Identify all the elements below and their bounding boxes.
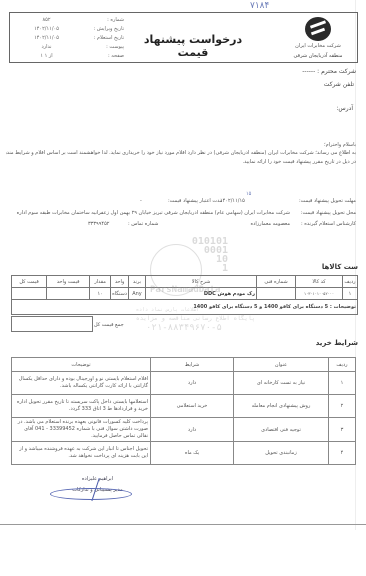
- validity-value: -: [140, 198, 142, 204]
- cell-desc: تحویل اجناس تا انبار این شرکت به عهده فر…: [12, 442, 151, 465]
- greeting: باسلام واحترام؛: [324, 142, 356, 148]
- contact-label: شماره تماس :: [128, 221, 158, 227]
- cell-total: [12, 288, 47, 300]
- cell-row: ۱: [329, 372, 356, 395]
- cell-unit: دستگاه: [111, 288, 129, 300]
- contact-value: ۳۳۳۹۹۴۵۲: [88, 221, 109, 227]
- cell-condition: یک ماه: [151, 442, 234, 465]
- cell-row: ۱: [343, 288, 358, 300]
- watermark-brand: ParsNamadData: [150, 285, 220, 295]
- location-label: محل تحویل پیشنهاد قیمت:: [301, 210, 356, 216]
- logo-company-name: شرکت مخابرات ایران: [285, 43, 351, 49]
- meta-label: شماره :: [84, 16, 124, 25]
- col-title: عنوان: [234, 358, 329, 372]
- watermark-line-1: اطلاعات پارس نماد داده: [136, 307, 199, 313]
- meta-row: پیوست :ندارد: [24, 43, 124, 52]
- sum-value-box: [11, 316, 93, 332]
- telecom-logo-icon: [305, 17, 331, 41]
- intro-line-2: در ذیل در تاریخ مقرر پیشنهاد قیمت خود را…: [243, 159, 356, 165]
- items-section-title: ست کالاها: [322, 263, 358, 271]
- cell-row: ۳: [329, 418, 356, 442]
- cell-condition: خرید استعلامی: [151, 395, 234, 418]
- validity-label: مدت اعتبار پیشنهاد قیمت:: [168, 198, 222, 204]
- cell-condition: دارد: [151, 372, 234, 395]
- watermark-phone: ۰۲۱-۸۸۳۴۹۶۷۰-۵: [146, 323, 222, 333]
- logo-region-name: منطقه آذربایجان شرقی: [285, 53, 351, 59]
- col-row: ردیف: [329, 358, 356, 372]
- table-row: ۴ زمانبندی تحویل یک ماه تحویل اجناس تا ا…: [12, 442, 356, 465]
- cell-code: ۱۰۳۰۱۰۱۰۰۵۲۰۰۰: [296, 288, 343, 300]
- cell-desc: پرداخت کلیه کسورات قانونی بعهده برنده اس…: [12, 418, 151, 442]
- page-bottom-divider: [0, 524, 366, 525]
- header-meta: شماره :۸۵۲ تاریخ ویرایش :۱۴۰۲/۱۱/۰۵ تاری…: [24, 16, 124, 61]
- meta-label: تاریخ استعلام :: [84, 34, 124, 43]
- deadline-handwritten-note: ۱۵: [246, 191, 251, 197]
- col-brand: برند: [129, 276, 146, 288]
- table-row: ۳ توجیه فنی اقتصادی دارد پرداخت کلیه کسو…: [12, 418, 356, 442]
- signature-oval: [50, 488, 132, 500]
- table-row: ۱ نیاز به تست کارخانه ای دارد اقلام استع…: [12, 372, 356, 395]
- cell-desc: اقلام استعلام بایستی نو و اورجینال بوده …: [12, 372, 151, 395]
- cell-condition: دارد: [151, 418, 234, 442]
- cell-title: زمانبندی تحویل: [234, 442, 329, 465]
- cell-row: ۲: [329, 395, 356, 418]
- cell-brand: Any: [129, 288, 146, 300]
- expert-label: کارشناس استعلام گیرنده :: [301, 221, 356, 227]
- sum-label: جمع قیمت کل: [94, 322, 124, 328]
- cell-tech-no: [257, 288, 296, 300]
- col-row: ردیف: [343, 276, 358, 288]
- deadline-label: مهلت تحویل پیشنهاد قیمت:: [299, 198, 356, 204]
- meta-row: صفحه :۱ از ۱: [24, 52, 124, 61]
- recipient-address: آدرس:: [336, 105, 353, 112]
- col-unit-price: قیمت واحد: [47, 276, 90, 288]
- meta-value: ندارد: [24, 43, 69, 52]
- col-total: قیمت کل: [12, 276, 47, 288]
- document-title: درخواست پیشنهاد قیمت: [128, 33, 258, 59]
- terms-section-title: شرایط خرید: [316, 339, 358, 347]
- meta-label: پیوست :: [84, 43, 124, 52]
- meta-value: ۱۴۰۲/۱۱/۰۵: [24, 25, 69, 34]
- col-code: کد کالا: [296, 276, 343, 288]
- col-desc: توضیحات: [12, 358, 151, 372]
- recipient-phone: تلفن شرکت: [324, 81, 354, 88]
- cell-title: روش پیشنهادی انجام معامله: [234, 395, 329, 418]
- col-qty: مقدار: [90, 276, 111, 288]
- meta-label: صفحه :: [84, 52, 124, 61]
- meta-row: تاریخ ویرایش :۱۴۰۲/۱۱/۰۵: [24, 25, 124, 34]
- meta-row: شماره :۸۵۲: [24, 16, 124, 25]
- col-unit: واحد: [111, 276, 129, 288]
- cell-title: نیاز به تست کارخانه ای: [234, 372, 329, 395]
- recipient-company: شرکت محترم : ------: [302, 68, 356, 75]
- meta-value: ۱ از ۱: [24, 52, 69, 61]
- cell-unit-price: [47, 288, 90, 300]
- col-condition: شرایط: [151, 358, 234, 372]
- intro-line-1: به اطلاع می رساند؛ شرکت مخابرات ایران (م…: [6, 150, 356, 156]
- meta-value: ۸۵۲: [24, 16, 69, 25]
- company-logo: شرکت مخابرات ایران منطقه آذربایجان شرقی: [285, 17, 351, 59]
- cell-qty: ۱۰: [90, 288, 111, 300]
- deadline-value: ۱۴۰۲/۱۱/۱۵: [220, 198, 245, 204]
- cell-row: ۴: [329, 442, 356, 465]
- document-header: شرکت مخابرات ایران منطقه آذربایجان شرقی …: [9, 12, 358, 63]
- cell-desc: استعلامها بایستی داخل پاکت سربسته تا تار…: [12, 395, 151, 418]
- handwritten-annotation: ۷۱۸۴: [250, 1, 269, 11]
- watermark-line-2: پایگاه اطلاع رسانی مناقصه و مزایده: [136, 315, 255, 322]
- col-tech-no: شماره فنی: [257, 276, 296, 288]
- meta-value: ۱۴۰۲/۱۱/۰۵: [24, 34, 69, 43]
- terms-table: ردیف عنوان شرایط توضیحات ۱ نیاز به تست ک…: [11, 357, 356, 465]
- meta-label: تاریخ ویرایش :: [84, 25, 124, 34]
- terms-header-row: ردیف عنوان شرایط توضیحات: [12, 358, 356, 372]
- expert-value: معصومه معمارزاده: [250, 221, 290, 227]
- table-row: ۲ روش پیشنهادی انجام معامله خرید استعلام…: [12, 395, 356, 418]
- cell-title: توجیه فنی اقتصادی: [234, 418, 329, 442]
- location-value: شرکت مخابرات ایران (سهامی عام) منطقه آذر…: [10, 210, 290, 216]
- meta-row: تاریخ استعلام :۱۴۰۲/۱۱/۰۵: [24, 34, 124, 43]
